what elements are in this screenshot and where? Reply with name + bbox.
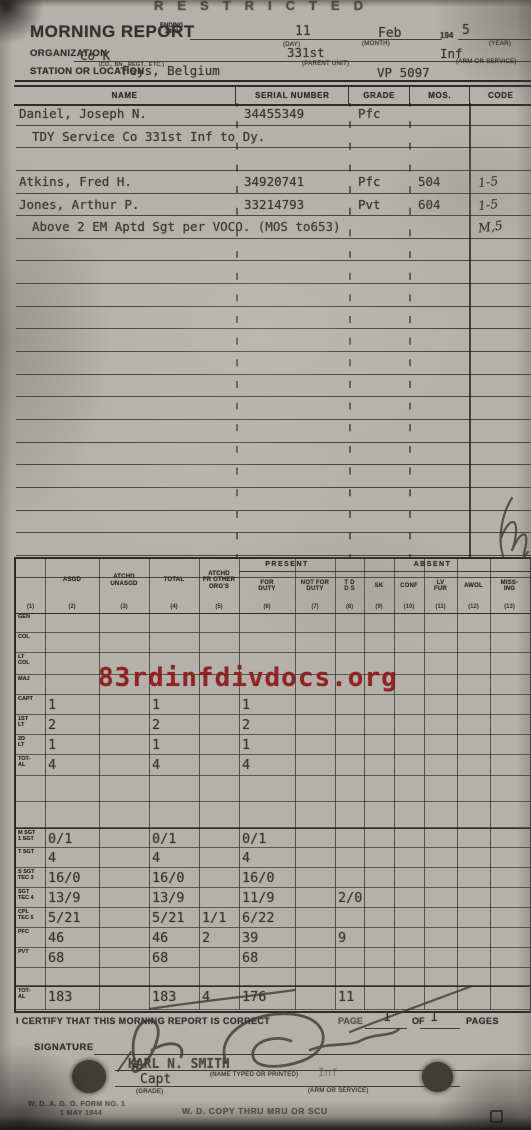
signature-scrawl [133,1020,182,1071]
stray-stroke [350,986,472,1032]
signature-scrawl [224,1014,323,1067]
code-column-scrawl [501,498,528,557]
stray-stroke [150,990,295,1009]
stray-stroke [118,1052,131,1071]
handwriting-overlay [0,0,531,1130]
morning-report-scan: RESTRICTED MORNING REPORT ENDING 2400 11… [0,0,531,1130]
